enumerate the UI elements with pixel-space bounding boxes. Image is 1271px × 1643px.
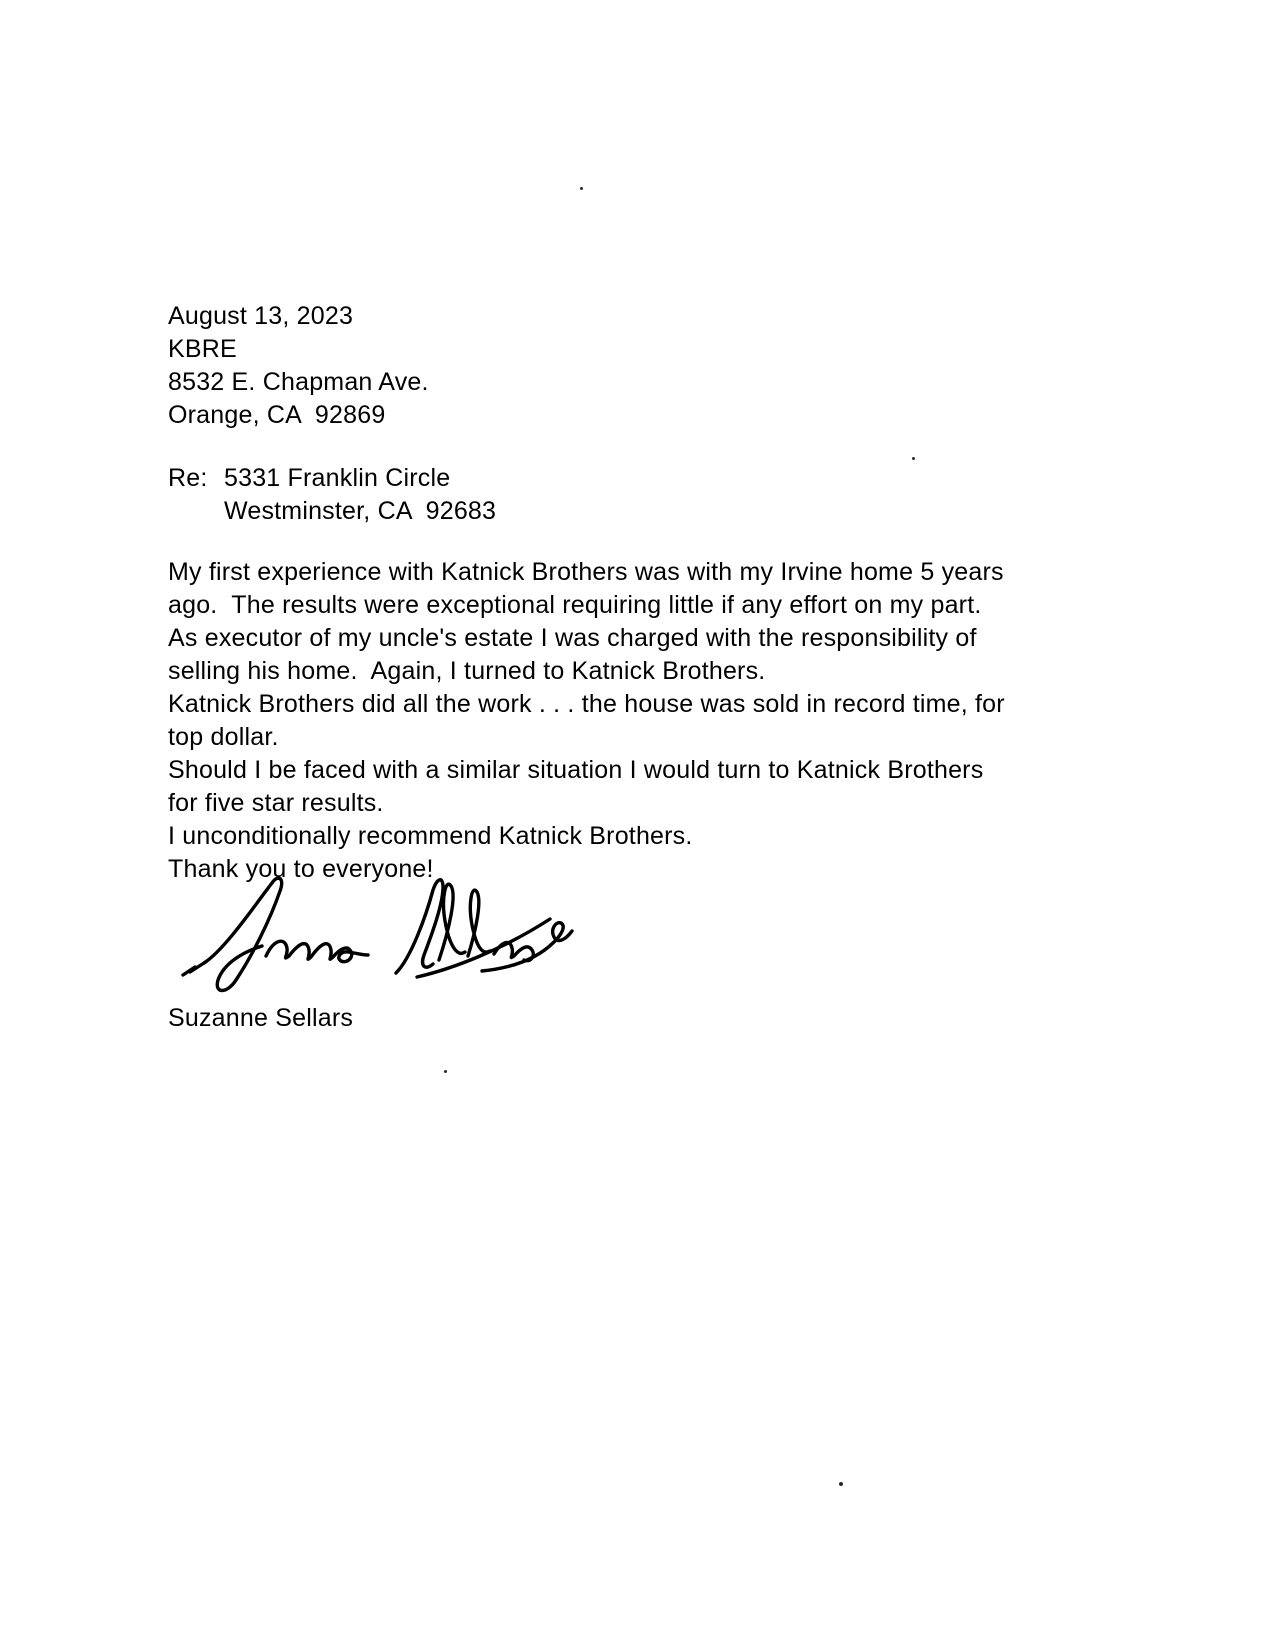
letter-page: August 13, 2023 KBRE 8532 E. Chapman Ave… <box>0 0 1271 1643</box>
re-subject-address: 5331 Franklin Circle Westminster, CA 926… <box>224 462 496 528</box>
scan-artifact-dot <box>444 1070 447 1073</box>
re-subject-block: Re: 5331 Franklin Circle Westminster, CA… <box>168 462 1178 528</box>
handwritten-signature <box>180 872 1178 1002</box>
scan-artifact-dot <box>912 457 915 460</box>
body-paragraph-2: As executor of my uncle's estate I was c… <box>168 622 1178 688</box>
recipient-street: 8532 E. Chapman Ave. <box>168 366 1178 399</box>
body-paragraph-1: My first experience with Katnick Brother… <box>168 556 1178 622</box>
body-paragraph-5: I unconditionally recommend Katnick Brot… <box>168 820 1178 853</box>
typed-signature-name: Suzanne Sellars <box>168 1002 1178 1035</box>
re-label: Re: <box>168 462 224 495</box>
signature-ink-strokes <box>180 872 575 1002</box>
recipient-name: KBRE <box>168 333 1178 366</box>
body-paragraph-4: Should I be faced with a similar situati… <box>168 754 1178 820</box>
recipient-address-block: KBRE 8532 E. Chapman Ave. Orange, CA 928… <box>168 333 1178 432</box>
recipient-city-state-zip: Orange, CA 92869 <box>168 399 1178 432</box>
scan-artifact-dot <box>580 187 583 190</box>
scan-artifact-dot <box>839 1482 843 1486</box>
letter-content: August 13, 2023 KBRE 8532 E. Chapman Ave… <box>168 300 1178 1035</box>
body-paragraph-3: Katnick Brothers did all the work . . . … <box>168 688 1178 754</box>
letter-date: August 13, 2023 <box>168 300 1178 333</box>
